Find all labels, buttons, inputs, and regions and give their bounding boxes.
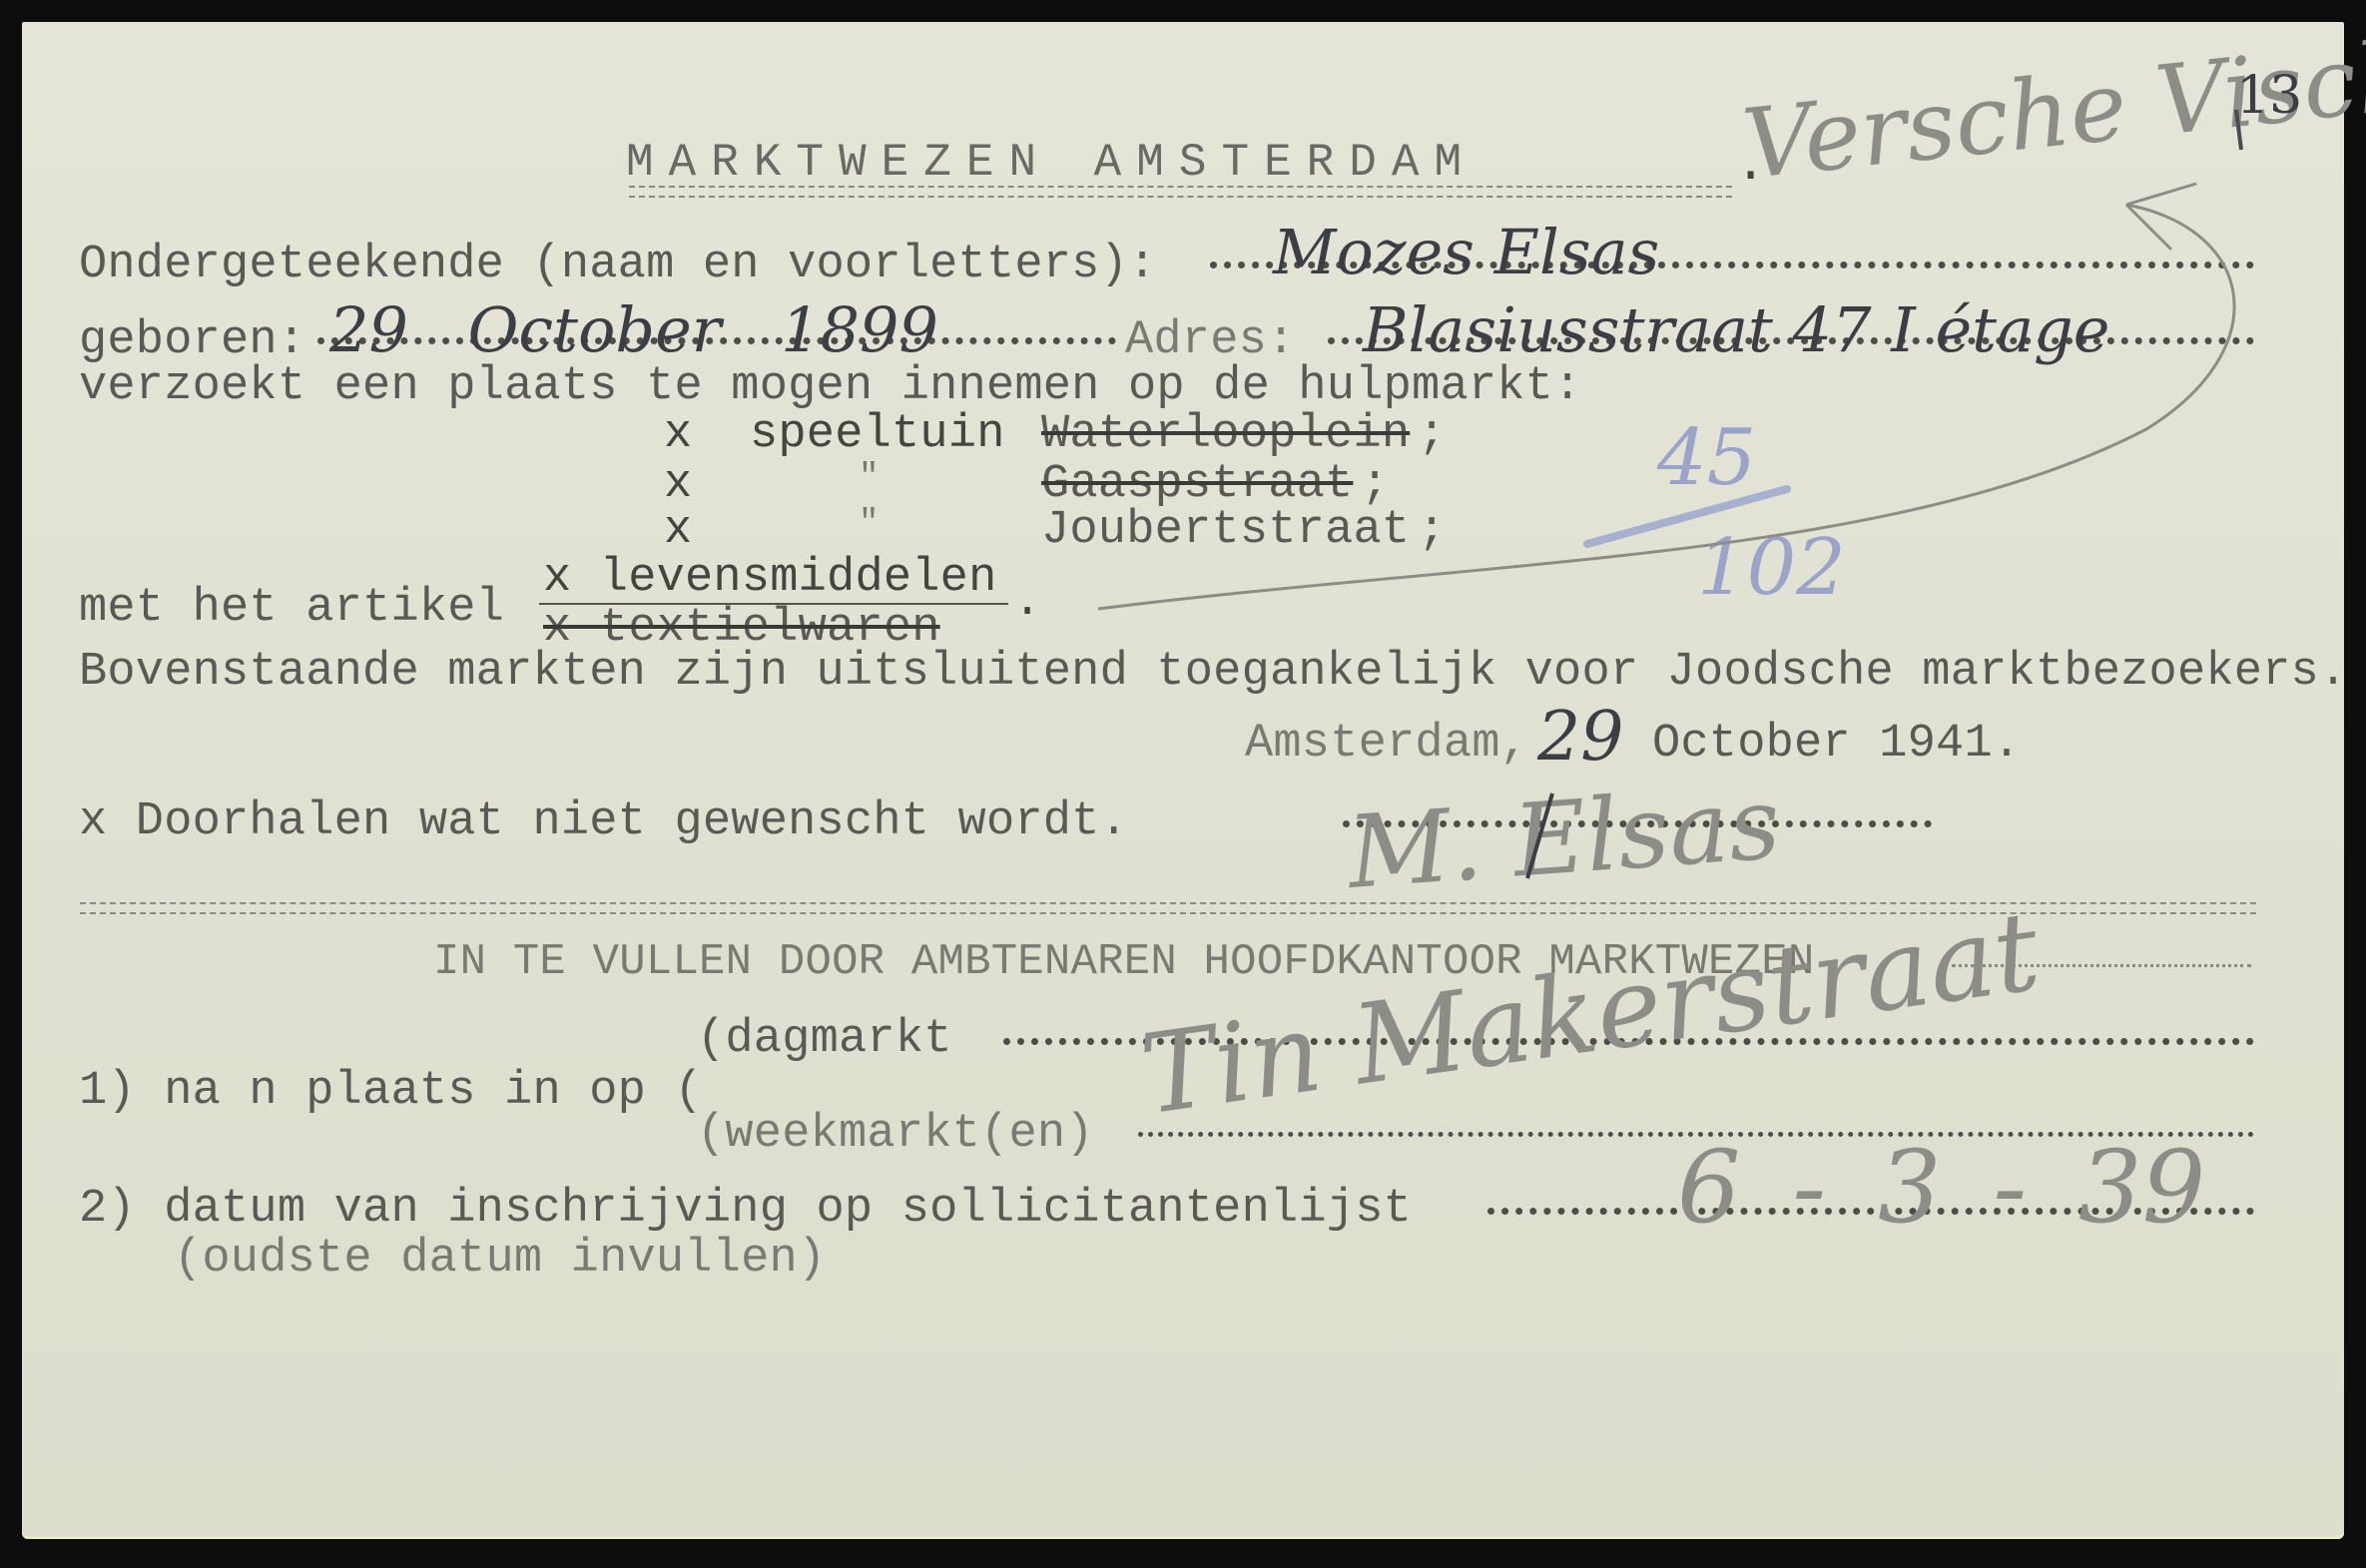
market-location-waterlooplein: Waterlooplein — [1041, 411, 1410, 458]
market-type-ditto: " — [859, 461, 880, 495]
article-label: met het artikel — [79, 585, 504, 632]
market-type: speeltuin — [750, 411, 1005, 458]
born-label: geboren: — [79, 317, 305, 364]
request-text: verzoekt een plaats te mogen innemen op … — [79, 363, 1581, 410]
market-location-gaaspstraat: Gaaspstraat — [1041, 461, 1353, 508]
market-type-ditto: " — [859, 507, 880, 541]
notice-text: Bovenstaande markten zijn uitsluitend to… — [79, 649, 2347, 696]
article-suffix: . — [1013, 579, 1041, 626]
title-double-underline — [629, 186, 1732, 198]
name-field-value[interactable]: Mozes Elsas — [1273, 222, 1659, 283]
page-title: MARKTWEZEN AMSTERDAM — [626, 140, 1477, 186]
market-mark: x — [664, 461, 692, 508]
place-day-handwritten[interactable]: 29 — [1537, 704, 1624, 772]
market-suffix: ; — [1418, 507, 1446, 554]
address-field-value[interactable]: Blasiusstraat 47 I étage — [1363, 299, 2109, 361]
weekmarkt-label: (weekmarkt(en) — [697, 1111, 1094, 1158]
born-field-value[interactable]: 29 October 1899 — [329, 299, 938, 361]
item1-label: 1) na n plaats in op ( — [79, 1068, 703, 1115]
article-option-textielwaren: x textielwaren — [543, 605, 940, 652]
footnote-text: x Doorhalen wat niet gewenscht wordt. — [79, 798, 1128, 845]
annotation-fraction-top: 45 — [1657, 419, 1756, 497]
market-location-joubertstraat: Joubertstraat — [1041, 507, 1410, 554]
address-label: Adres: — [1125, 317, 1295, 364]
annotation-fraction-bottom: 102 — [1697, 529, 1846, 607]
dagmarkt-label: (dagmarkt — [697, 1016, 952, 1063]
signature[interactable]: M. Elsas — [1345, 774, 1783, 903]
market-suffix: ; — [1418, 411, 1446, 458]
item2-sublabel: (oudste datum invullen) — [174, 1236, 826, 1283]
market-suffix: ; — [1361, 461, 1389, 508]
annotation-corner-mark: 13 — [2236, 70, 2302, 122]
item2-handwritten-date[interactable]: 6 - 3 - 39 — [1677, 1138, 2205, 1238]
place-city: Amsterdam, — [1245, 721, 1528, 768]
item2-label: 2) datum van inschrijving op sollicitant… — [79, 1186, 1412, 1233]
market-mark: x — [664, 507, 692, 554]
market-mark: x — [664, 411, 692, 458]
place-date-rest: October 1941. — [1652, 721, 2021, 768]
article-option-levensmiddelen: x levensmiddelen — [543, 555, 996, 602]
name-label: Ondergeteekende (naam en voorletters): — [79, 242, 1156, 288]
